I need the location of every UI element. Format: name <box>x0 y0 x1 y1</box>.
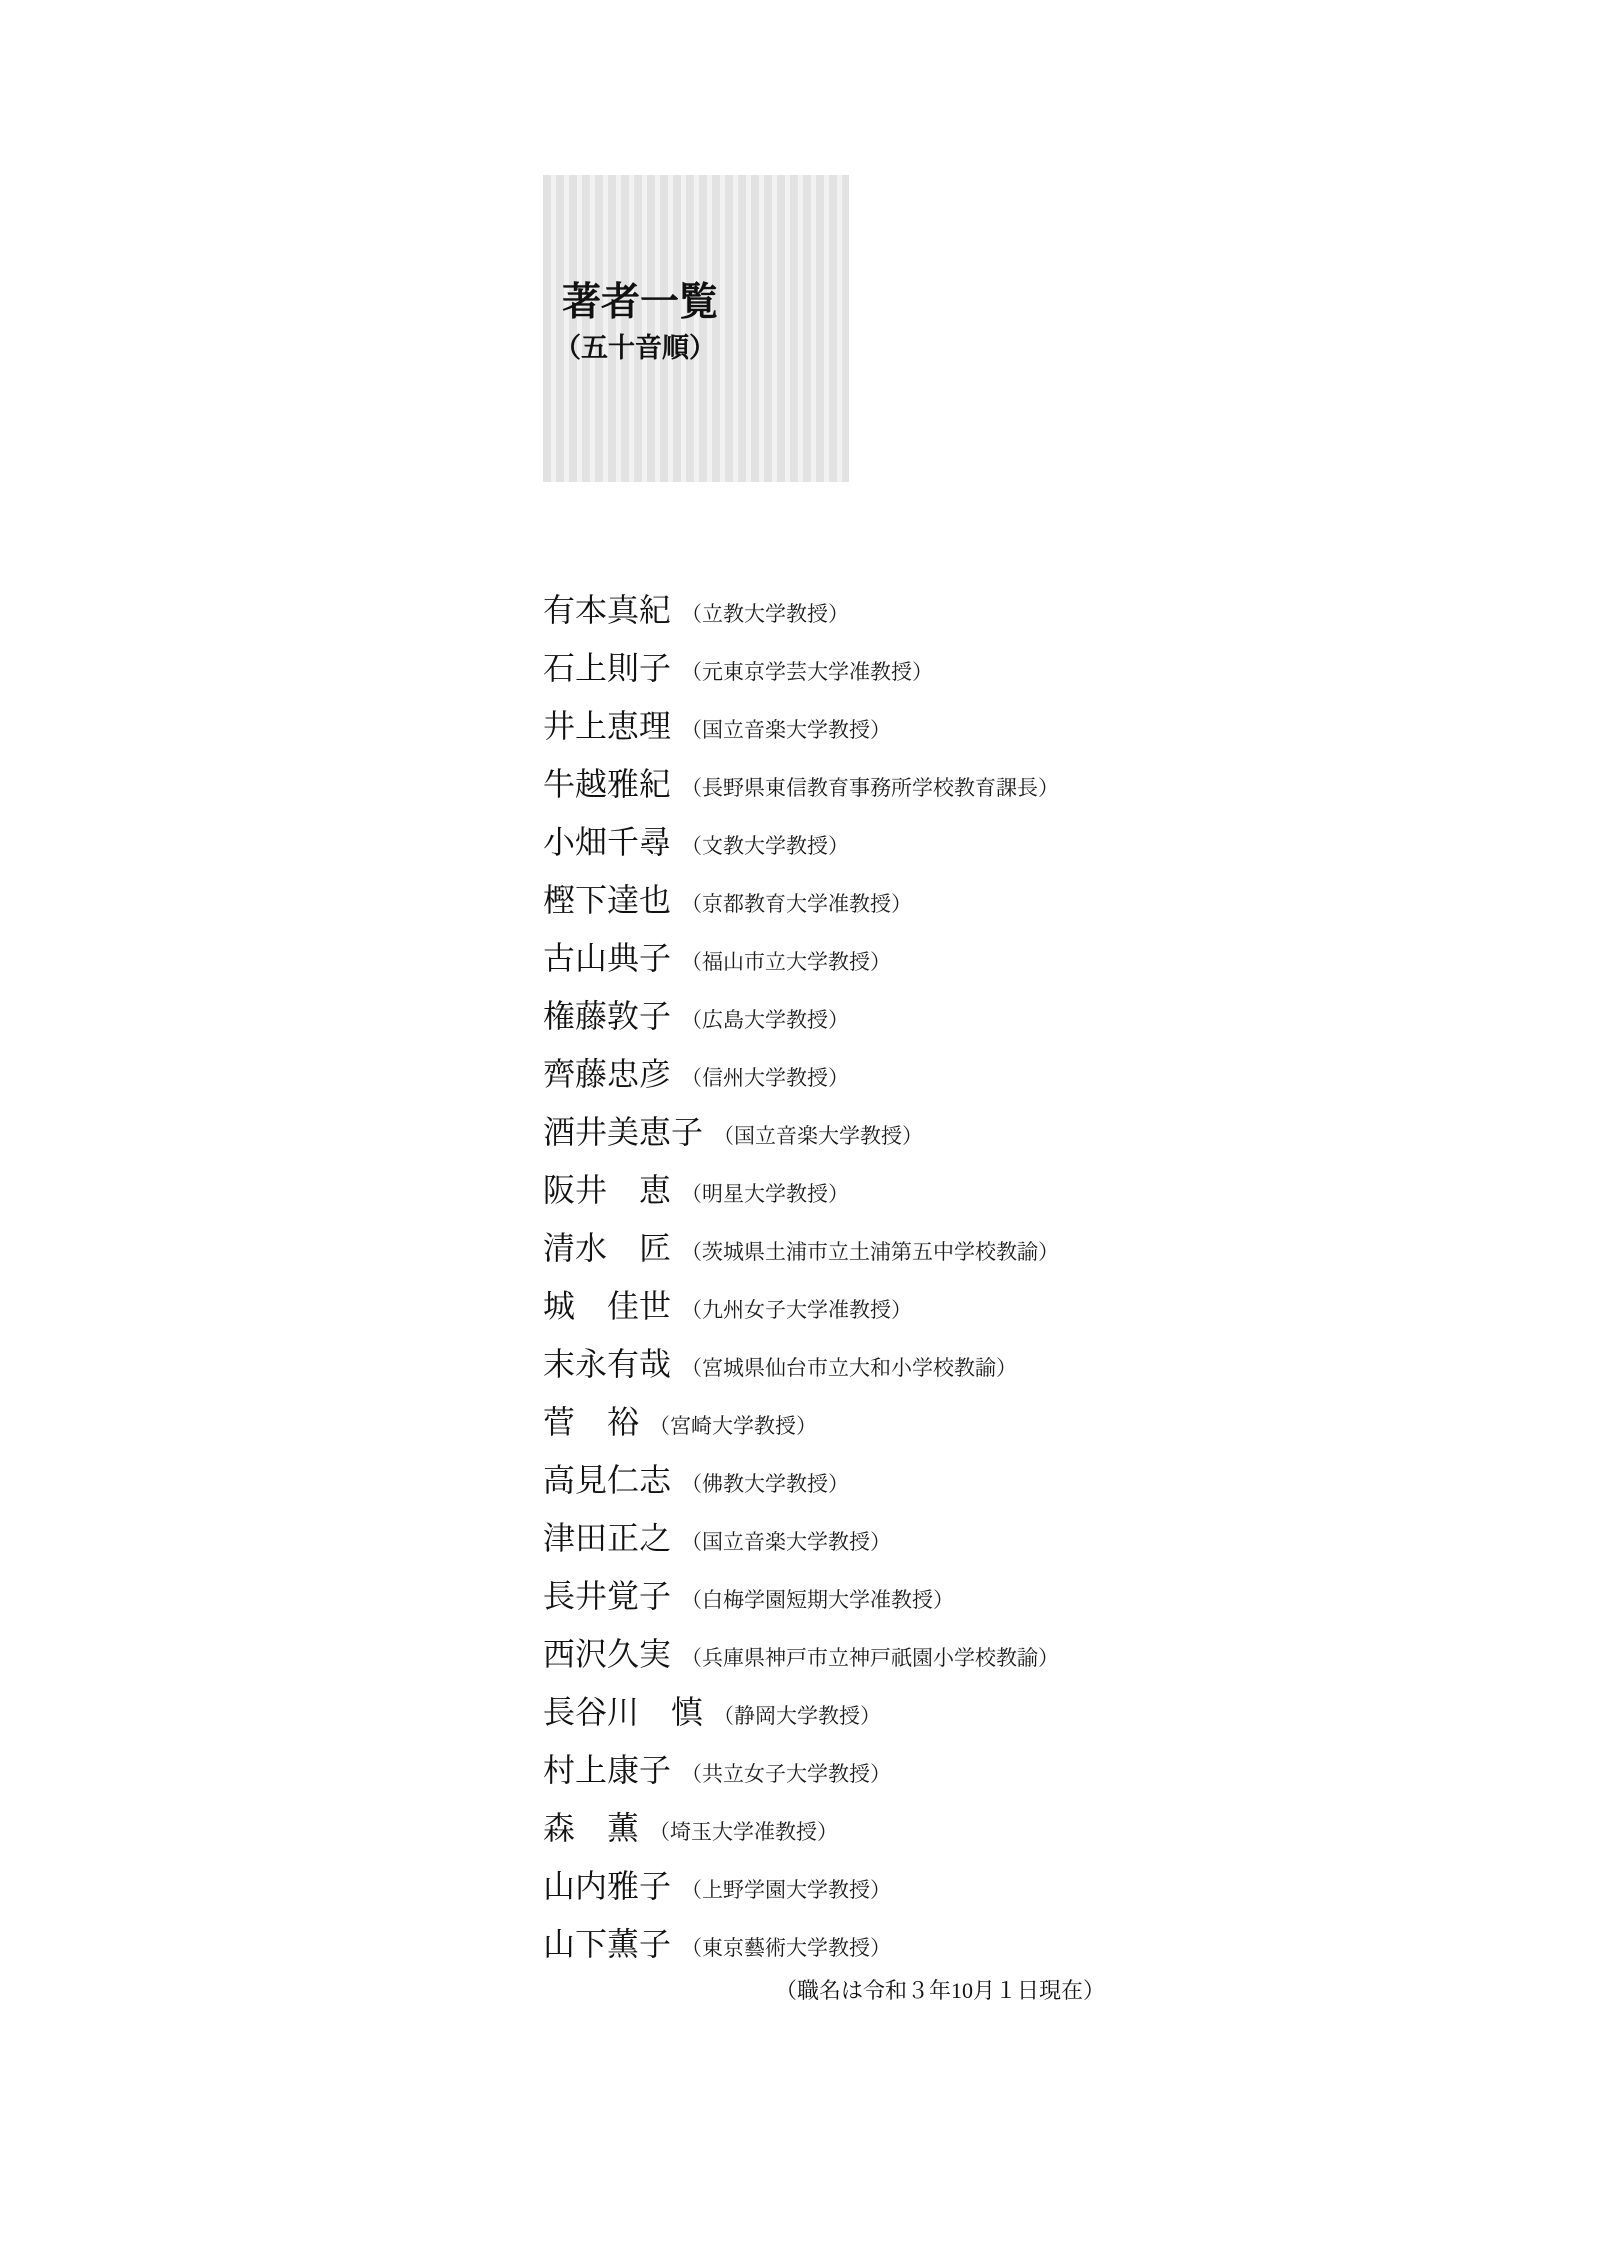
author-row: 井上恵理 （国立音楽大学教授） <box>543 697 1059 755</box>
author-affiliation: （立教大学教授） <box>681 604 849 625</box>
author-row: 村上康子 （共立女子大学教授） <box>543 1741 1059 1799</box>
author-name: 長谷川 慎 <box>543 1683 703 1741</box>
author-name: 長井覚子 <box>543 1567 671 1625</box>
author-name: 末永有哉 <box>543 1335 671 1393</box>
author-affiliation: （国立音楽大学教授） <box>681 1532 891 1553</box>
author-affiliation: （静岡大学教授） <box>713 1706 881 1727</box>
author-name: 城 佳世 <box>543 1277 671 1335</box>
author-row: 有本真紀 （立教大学教授） <box>543 581 1059 639</box>
author-affiliation: （共立女子大学教授） <box>681 1764 891 1785</box>
author-name: 菅 裕 <box>543 1393 639 1451</box>
author-affiliation: （福山市立大学教授） <box>681 952 891 973</box>
author-row: 長井覚子 （白梅学園短期大学准教授） <box>543 1567 1059 1625</box>
author-row: 菅 裕 （宮崎大学教授） <box>543 1393 1059 1451</box>
author-name: 山下薫子 <box>543 1915 671 1973</box>
author-row: 長谷川 慎 （静岡大学教授） <box>543 1683 1059 1741</box>
author-affiliation: （埼玉大学准教授） <box>649 1822 838 1843</box>
author-row: 古山典子 （福山市立大学教授） <box>543 929 1059 987</box>
author-row: 牛越雅紀 （長野県東信教育事務所学校教育課長） <box>543 755 1059 813</box>
author-row: 山内雅子 （上野学園大学教授） <box>543 1857 1059 1915</box>
footer-note: （職名は令和３年10月１日現在） <box>0 1978 1105 2004</box>
author-name: 西沢久実 <box>543 1625 671 1683</box>
author-row: 石上則子 （元東京学芸大学准教授） <box>543 639 1059 697</box>
author-list: 有本真紀 （立教大学教授） 石上則子 （元東京学芸大学准教授） 井上恵理 （国立… <box>543 581 1059 1973</box>
author-name: 津田正之 <box>543 1509 671 1567</box>
author-row: 津田正之 （国立音楽大学教授） <box>543 1509 1059 1567</box>
author-affiliation: （茨城県土浦市立土浦第五中学校教諭） <box>681 1242 1059 1263</box>
author-affiliation: （九州女子大学准教授） <box>681 1300 912 1321</box>
author-row: 末永有哉 （宮城県仙台市立大和小学校教諭） <box>543 1335 1059 1393</box>
author-row: 高見仁志 （佛教大学教授） <box>543 1451 1059 1509</box>
author-affiliation: （宮崎大学教授） <box>649 1416 817 1437</box>
author-name: 井上恵理 <box>543 697 671 755</box>
author-affiliation: （明星大学教授） <box>681 1184 849 1205</box>
author-row: 小畑千尋 （文教大学教授） <box>543 813 1059 871</box>
author-affiliation: （元東京学芸大学准教授） <box>681 662 933 683</box>
author-name: 山内雅子 <box>543 1857 671 1915</box>
author-affiliation: （白梅学園短期大学准教授） <box>681 1590 954 1611</box>
author-row: 樫下達也 （京都教育大学准教授） <box>543 871 1059 929</box>
author-affiliation: （国立音楽大学教授） <box>681 720 891 741</box>
author-name: 齊藤忠彦 <box>543 1045 671 1103</box>
author-name: 樫下達也 <box>543 871 671 929</box>
author-row: 阪井 恵 （明星大学教授） <box>543 1161 1059 1219</box>
author-affiliation: （文教大学教授） <box>681 836 849 857</box>
author-name: 小畑千尋 <box>543 813 671 871</box>
author-affiliation: （東京藝術大学教授） <box>681 1938 891 1959</box>
authors-header-box: 著者一覧 （五十音順） <box>543 175 849 482</box>
author-name: 村上康子 <box>543 1741 671 1799</box>
author-name: 高見仁志 <box>543 1451 671 1509</box>
author-row: 森 薫 （埼玉大学准教授） <box>543 1799 1059 1857</box>
author-name: 牛越雅紀 <box>543 755 671 813</box>
page-title: 著者一覧 <box>562 283 718 322</box>
author-row: 城 佳世 （九州女子大学准教授） <box>543 1277 1059 1335</box>
book-page: 著者一覧 （五十音順） 有本真紀 （立教大学教授） 石上則子 （元東京学芸大学准… <box>0 0 1600 2260</box>
author-name: 古山典子 <box>543 929 671 987</box>
author-name: 有本真紀 <box>543 581 671 639</box>
author-affiliation: （兵庫県神戸市立神戸祇園小学校教諭） <box>681 1648 1059 1669</box>
author-name: 権藤敦子 <box>543 987 671 1045</box>
author-affiliation: （京都教育大学准教授） <box>681 894 912 915</box>
author-name: 阪井 恵 <box>543 1161 671 1219</box>
author-name: 酒井美恵子 <box>543 1103 703 1161</box>
author-name: 石上則子 <box>543 639 671 697</box>
author-row: 権藤敦子 （広島大学教授） <box>543 987 1059 1045</box>
author-affiliation: （上野学園大学教授） <box>681 1880 891 1901</box>
page-subtitle: （五十音順） <box>554 335 716 362</box>
author-row: 齊藤忠彦 （信州大学教授） <box>543 1045 1059 1103</box>
author-affiliation: （広島大学教授） <box>681 1010 849 1031</box>
author-affiliation: （国立音楽大学教授） <box>713 1126 923 1147</box>
author-row: 清水 匠 （茨城県土浦市立土浦第五中学校教諭） <box>543 1219 1059 1277</box>
author-affiliation: （信州大学教授） <box>681 1068 849 1089</box>
author-row: 山下薫子 （東京藝術大学教授） <box>543 1915 1059 1973</box>
author-name: 清水 匠 <box>543 1219 671 1277</box>
author-affiliation: （宮城県仙台市立大和小学校教諭） <box>681 1358 1017 1379</box>
author-name: 森 薫 <box>543 1799 639 1857</box>
author-row: 西沢久実 （兵庫県神戸市立神戸祇園小学校教諭） <box>543 1625 1059 1683</box>
author-affiliation: （長野県東信教育事務所学校教育課長） <box>681 778 1059 799</box>
author-row: 酒井美恵子 （国立音楽大学教授） <box>543 1103 1059 1161</box>
author-affiliation: （佛教大学教授） <box>681 1474 849 1495</box>
